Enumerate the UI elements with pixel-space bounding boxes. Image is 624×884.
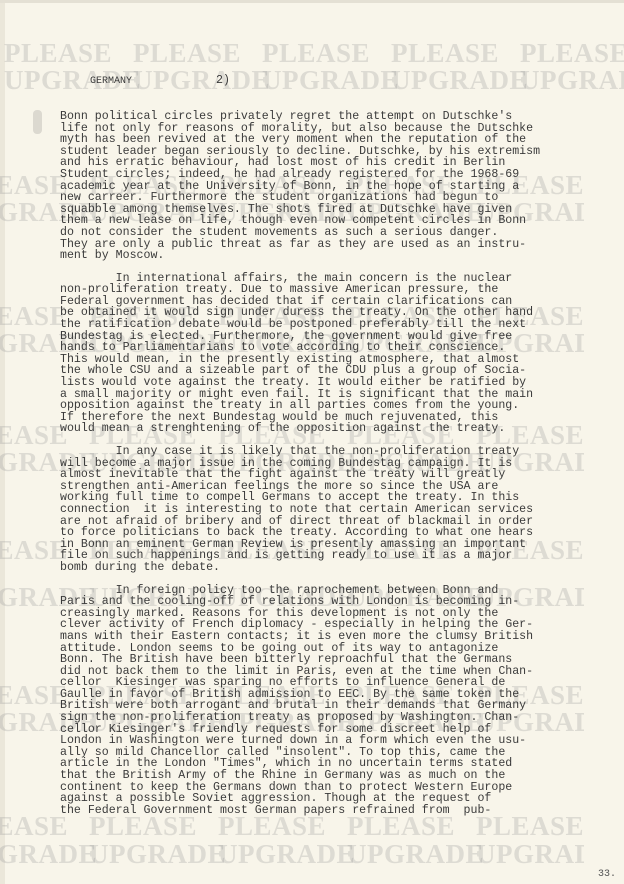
text-line: do not consider the student movements as…: [60, 227, 620, 239]
document-page: PLEASEPLEASEPLEASEPLEASEPLEASE UPGRADEUP…: [0, 0, 624, 884]
text-line: Student circles; indeed, he had already …: [60, 169, 620, 181]
text-line: myth has been revived at the very moment…: [60, 134, 620, 146]
paragraph: In international affairs, the main conce…: [60, 273, 620, 435]
paragraph: In any case it is likely that the non-pr…: [60, 446, 620, 574]
paragraph: In foreign policy too the raprochement b…: [60, 585, 620, 817]
text-line: the ratification debate would be postpon…: [60, 319, 620, 331]
header-country: GERMANY: [90, 76, 132, 87]
document-body: GERMANY2) Bonn political circles private…: [60, 52, 620, 840]
text-line: sign the non-proliferation treaty as pro…: [60, 712, 620, 724]
text-line: mans with their Eastern contacts; it is …: [60, 631, 620, 643]
watermark-text: UPGRADE: [89, 839, 218, 870]
watermark-text: UPGRADE: [0, 839, 89, 870]
paragraph: Bonn political circles privately regret …: [60, 111, 620, 262]
text-line: Bonn political circles privately regret …: [60, 111, 620, 123]
text-line: the Federal Government most German paper…: [60, 805, 620, 817]
text-line: Bonn. The British have been bitterly rep…: [60, 654, 620, 666]
punch-hole-mark: [33, 110, 42, 134]
text-line: would mean a strenghtening of the opposi…: [60, 423, 620, 435]
header-page-marker: 2): [216, 74, 230, 87]
text-line: ment by Moscow.: [60, 250, 620, 262]
watermark-text: UPGRADE: [476, 839, 584, 870]
text-line: Paris and the cooling-off of relations w…: [60, 596, 620, 608]
paragraph-gap: [60, 574, 620, 585]
text-line: connection it is interesting to note tha…: [60, 504, 620, 516]
page-number: 33.: [598, 869, 616, 880]
text-line: that the British Army of the Rhine in Ge…: [60, 770, 620, 782]
text-line: In any case it is likely that the non-pr…: [60, 446, 620, 458]
paragraphs-container: Bonn political circles privately regret …: [60, 111, 620, 816]
text-line: lists would vote against the treaty. It …: [60, 377, 620, 389]
text-line: new carreer. Furthermore the student org…: [60, 192, 620, 204]
watermark-row-upgrade: UPGRADEUPGRADEUPGRADEUPGRADEUPGRADEUPGRA…: [0, 839, 584, 870]
watermark-text: UPGRADE: [218, 839, 347, 870]
document-header: GERMANY2): [60, 75, 620, 88]
text-line: bomb during the debate.: [60, 562, 620, 574]
watermark-text: UPGRADE: [347, 839, 476, 870]
text-line: to force politicians to back the treaty.…: [60, 527, 620, 539]
